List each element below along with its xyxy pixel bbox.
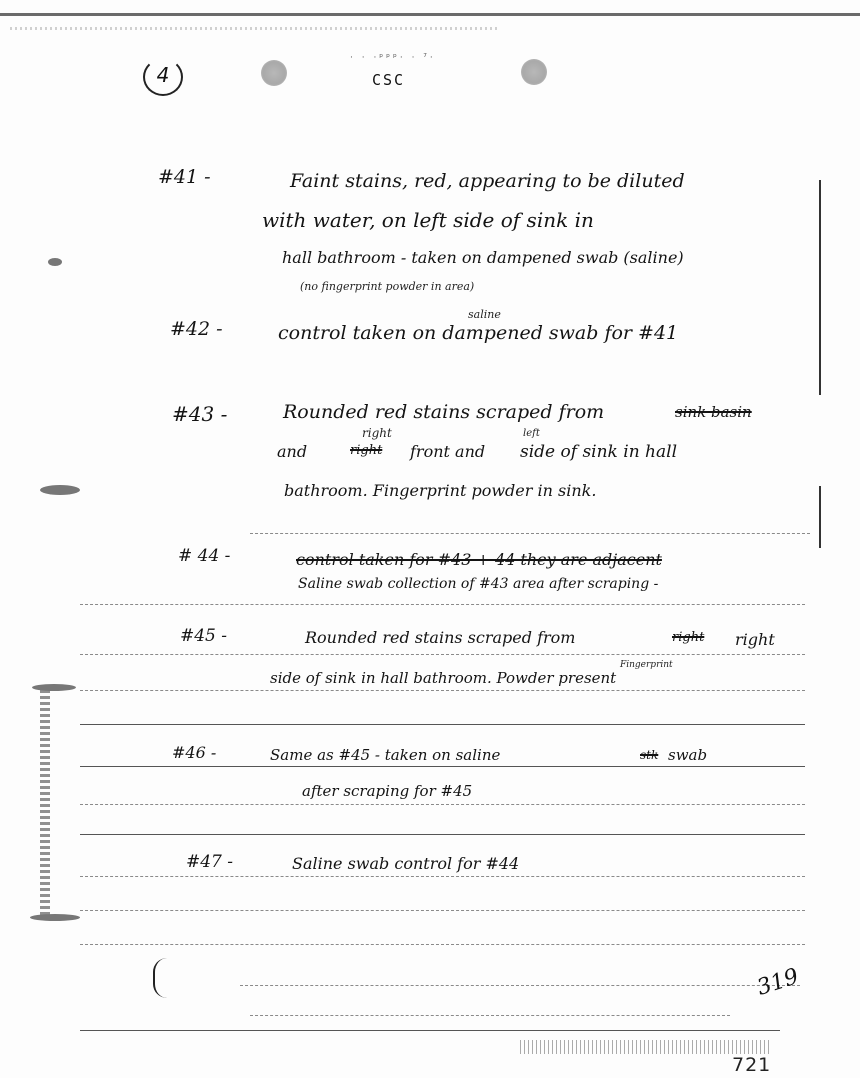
entry-43-insertion: left [523,428,540,439]
ruled-line [240,985,800,986]
entry-47-line: Saline swab control for #44 [292,854,519,873]
ruled-line [80,766,805,767]
ruled-line [80,834,805,835]
corner-bracket-mark [153,958,167,998]
entry-43-struck: right [350,443,382,458]
margin-line [819,486,821,548]
entry-46-struck: stk [640,748,658,762]
scan-debris [32,684,76,691]
entry-number-41: #41 - [158,166,211,188]
entry-41-line: with water, on left side of sink in [262,208,594,232]
entry-45-line: right [735,630,775,649]
handwritten-page-ref: 319 [754,964,802,1001]
bates-number: 721 [732,1054,771,1076]
scan-top-border [0,13,860,16]
ruled-line [80,910,805,911]
scan-debris [40,690,50,920]
ruled-line [80,654,805,655]
ruled-line [80,604,805,605]
entry-number-45: #45 - [180,626,227,646]
entry-45-line: side of sink in hall bathroom. Powder pr… [270,669,616,687]
entry-43-line: Rounded red stains scraped from [283,401,604,423]
entry-46-line: after scraping for #45 [302,782,472,800]
entry-45-struck: right [672,630,704,645]
entry-number-42: #42 - [170,318,223,340]
ruled-line [80,944,805,945]
ruled-line [250,1015,730,1016]
entry-44-line: Saline swab collection of #43 area after… [298,576,658,592]
entry-number-47: #47 - [186,852,233,872]
entry-43-struck: sink basin [675,403,752,421]
ruled-line [80,724,805,725]
punch-hole-right [521,59,547,85]
entry-41-line: Faint stains, red, appearing to be dilut… [290,170,685,192]
scan-debris [40,485,80,495]
entry-number-46: #46 - [172,743,216,762]
entry-43-line: and [277,442,307,461]
ruled-line [250,533,810,534]
scan-debris [30,914,80,921]
entry-43-line: side of sink in hall [520,442,677,462]
entry-45-insertion: Fingerprint [620,660,673,670]
scan-noise [10,27,500,30]
entry-46-line: Same as #45 - taken on saline [270,746,500,764]
ruled-line [80,804,805,805]
ruled-line [80,1030,780,1031]
scan-debris [48,258,62,266]
entry-45-line: Rounded red stains scraped from [305,628,575,647]
header-scribble: · · ·ᵖᵖᵖ· · ⁷· [350,53,470,63]
ruled-line [80,876,805,877]
entry-41-note: (no fingerprint powder in area) [300,280,474,293]
entry-43-line: front and [410,442,485,461]
entry-42-insertion: saline [468,308,501,321]
entry-number-43: #43 - [172,402,227,426]
circled-page-number: 4 [143,58,183,96]
entry-43-line: bathroom. Fingerprint powder in sink. [284,481,596,500]
entry-41-line: hall bathroom - taken on dampened swab (… [282,248,684,267]
scan-noise [520,1040,770,1054]
entry-46-line: swab [668,746,707,764]
entry-42-line: control taken on dampened swab for #41 [278,322,678,344]
entry-43-insertion: right [362,426,392,440]
entry-number-44: # 44 - [178,546,230,566]
entry-44-struck-line: control taken for #43 + 44 they are adja… [296,550,662,569]
punch-hole-left [261,60,287,86]
margin-line [819,180,821,395]
header-initials: CSC [372,71,405,89]
ruled-line [80,690,805,691]
